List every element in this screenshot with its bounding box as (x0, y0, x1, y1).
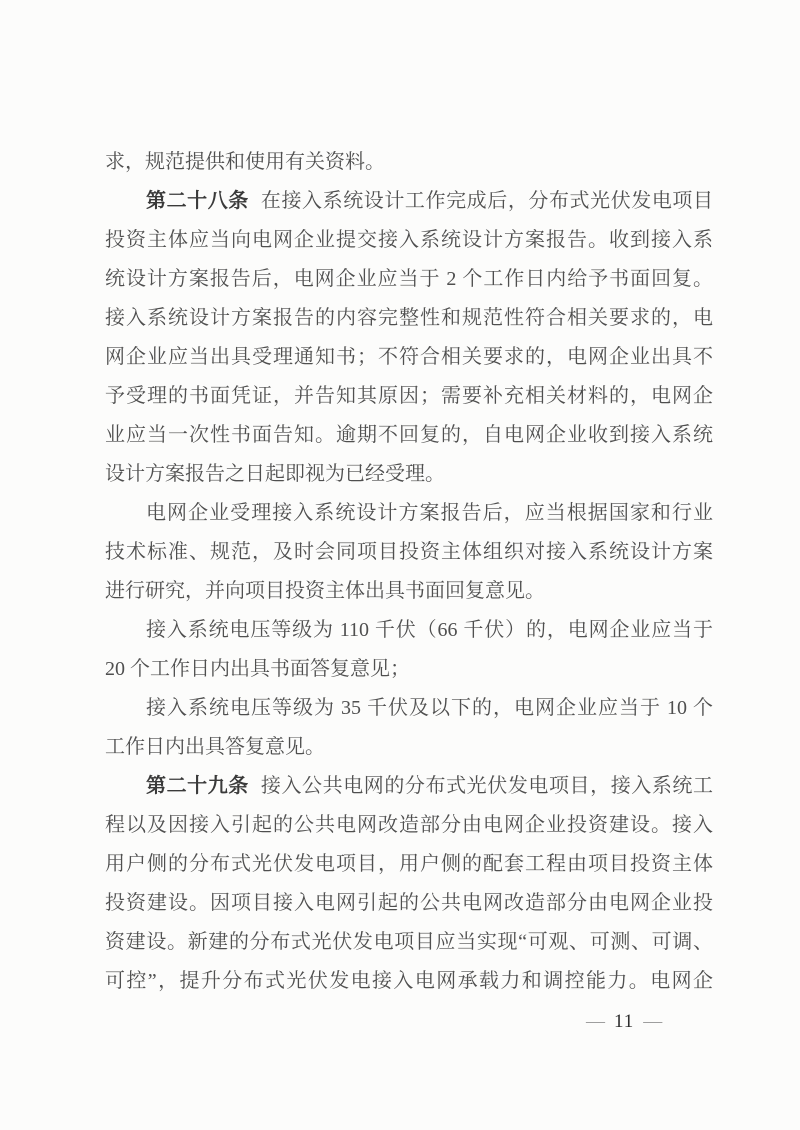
line-text: 资建设。新建的分布式光伏发电项目应当实现“可观、可测、可调、 (105, 931, 713, 953)
line-text: 20 个工作日内出具书面答复意见； (105, 658, 410, 680)
text-line: 求，规范提供和使用有关资料。 (105, 143, 713, 182)
text-line: 技术标准、规范，及时会同项目投资主体组织对接入系统设计方案 (105, 533, 713, 572)
text-line: 接入系统电压等级为 110 千伏（66 千伏）的，电网企业应当于 (105, 611, 713, 650)
line-text: 用户侧的分布式光伏发电项目，用户侧的配套工程由项目投资主体 (105, 853, 713, 875)
line-text: 可控”，提升分布式光伏发电接入电网承载力和调控能力。电网企 (105, 970, 713, 992)
document-body: 求，规范提供和使用有关资料。 第二十八条在接入系统设计工作完成后，分布式光伏发电… (105, 143, 713, 1001)
text-line: 第二十八条在接入系统设计工作完成后，分布式光伏发电项目 (105, 182, 713, 221)
line-text: 接入系统电压等级为 110 千伏（66 千伏）的，电网企业应当于 (146, 619, 713, 641)
text-line: 设计方案报告之日起即视为已经受理。 (105, 455, 713, 494)
line-text: 予受理的书面凭证，并告知其原因；需要补充相关材料的，电网企 (105, 385, 713, 407)
article-28-heading: 第二十八条 (146, 190, 249, 212)
line-text: 技术标准、规范，及时会同项目投资主体组织对接入系统设计方案 (105, 541, 713, 563)
line-text: 投资主体应当向电网企业提交接入系统设计方案报告。收到接入系 (105, 229, 713, 251)
line-text: 接入公共电网的分布式光伏发电项目，接入系统工 (261, 775, 713, 797)
document-page: 求，规范提供和使用有关资料。 第二十八条在接入系统设计工作完成后，分布式光伏发电… (0, 0, 800, 1130)
line-text: 业应当一次性书面告知。逾期不回复的，自电网企业收到接入系统 (105, 424, 713, 446)
text-line: 资建设。新建的分布式光伏发电项目应当实现“可观、可测、可调、 (105, 923, 713, 962)
line-text: 程以及因接入引起的公共电网改造部分由电网企业投资建设。接入 (105, 814, 713, 836)
text-line: 可控”，提升分布式光伏发电接入电网承载力和调控能力。电网企 (105, 962, 713, 1001)
line-text: 接入系统电压等级为 35 千伏及以下的，电网企业应当于 10 个 (146, 697, 713, 719)
text-line: 投资主体应当向电网企业提交接入系统设计方案报告。收到接入系 (105, 221, 713, 260)
line-text: 统设计方案报告后，电网企业应当于 2 个工作日内给予书面回复。 (105, 268, 713, 290)
text-line: 接入系统设计方案报告的内容完整性和规范性符合相关要求的，电 (105, 299, 713, 338)
line-text: 在接入系统设计工作完成后，分布式光伏发电项目 (261, 190, 713, 212)
text-line: 予受理的书面凭证，并告知其原因；需要补充相关材料的，电网企 (105, 377, 713, 416)
text-line: 投资建设。因项目接入电网引起的公共电网改造部分由电网企业投 (105, 884, 713, 923)
article-29-heading: 第二十九条 (146, 775, 249, 797)
page-number-dash-right: — (643, 1007, 662, 1037)
text-line: 电网企业受理接入系统设计方案报告后，应当根据国家和行业 (105, 494, 713, 533)
text-line: 第二十九条接入公共电网的分布式光伏发电项目，接入系统工 (105, 767, 713, 806)
text-line: 工作日内出具答复意见。 (105, 728, 713, 767)
text-line: 业应当一次性书面告知。逾期不回复的，自电网企业收到接入系统 (105, 416, 713, 455)
page-number-dash-left: — (586, 1007, 605, 1037)
page-number: — 11 — (586, 1007, 662, 1037)
line-text: 投资建设。因项目接入电网引起的公共电网改造部分由电网企业投 (105, 892, 713, 914)
page-number-value: 11 (614, 1007, 634, 1037)
text-line: 用户侧的分布式光伏发电项目，用户侧的配套工程由项目投资主体 (105, 845, 713, 884)
line-text: 求，规范提供和使用有关资料。 (105, 151, 385, 173)
text-line: 程以及因接入引起的公共电网改造部分由电网企业投资建设。接入 (105, 806, 713, 845)
line-text: 工作日内出具答复意见。 (105, 736, 325, 758)
line-text: 进行研究，并向项目投资主体出具书面回复意见。 (105, 580, 545, 602)
line-text: 网企业应当出具受理通知书；不符合相关要求的，电网企业出具不 (105, 346, 713, 368)
text-line: 网企业应当出具受理通知书；不符合相关要求的，电网企业出具不 (105, 338, 713, 377)
text-line: 进行研究，并向项目投资主体出具书面回复意见。 (105, 572, 713, 611)
line-text: 设计方案报告之日起即视为已经受理。 (105, 463, 445, 485)
text-line: 接入系统电压等级为 35 千伏及以下的，电网企业应当于 10 个 (105, 689, 713, 728)
line-text: 接入系统设计方案报告的内容完整性和规范性符合相关要求的，电 (105, 307, 713, 329)
text-line: 统设计方案报告后，电网企业应当于 2 个工作日内给予书面回复。 (105, 260, 713, 299)
text-line: 20 个工作日内出具书面答复意见； (105, 650, 713, 689)
line-text: 电网企业受理接入系统设计方案报告后，应当根据国家和行业 (146, 502, 713, 524)
